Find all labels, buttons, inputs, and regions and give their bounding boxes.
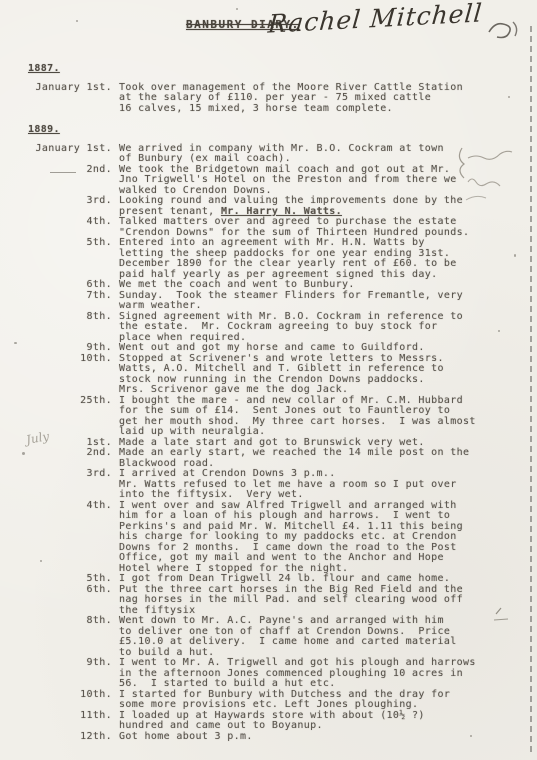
entry-date: 6th. — [28, 585, 112, 596]
entry-line: laid up with neuralgia. — [119, 427, 506, 438]
entry-line: him for a loan of his plough and harrows… — [119, 511, 506, 522]
entry-line: the estate. Mr. Cockram agreeing to buy … — [119, 322, 506, 333]
entry-line: at the salary of £110. per year - 75 mix… — [119, 93, 506, 104]
entry-text: Made an early start, we reached the 14 m… — [119, 448, 506, 469]
entry-date: 2nd. — [28, 448, 112, 459]
entry-line-text: present tenant, — [119, 206, 221, 217]
diary-entry: January 1st.Took over management of the … — [28, 83, 506, 115]
diary-entry: 9th.I went to Mr. A. Trigwell and got hi… — [28, 658, 506, 690]
entry-line: Jno Trigwell's Hotel on the Preston and … — [119, 175, 506, 186]
entry-text: I loaded up at Haywards store with about… — [119, 711, 506, 732]
entry-text: We arrived in company with Mr. B.O. Cock… — [119, 144, 506, 165]
entry-text: I bought the mare - and new collar of Mr… — [119, 396, 506, 438]
entry-line: nag horses in the mill Pad. and self cle… — [119, 595, 506, 606]
entry-line: warm weather. — [119, 301, 506, 312]
entry-text: Went down to Mr. A.C. Payne's and arrang… — [119, 616, 506, 658]
entry-line: 56. I started to build a hut etc. — [119, 679, 506, 690]
entry-line: 16 calves, 15 mixed, 3 horse team comple… — [119, 104, 506, 115]
diary-entry: 11th.I loaded up at Haywards store with … — [28, 711, 506, 732]
entry-text: I started for Bunbury with Dutchess and … — [119, 690, 506, 711]
year-heading: 1889. — [28, 125, 506, 136]
entry-text: Talked matters over and agreed to purcha… — [119, 217, 506, 238]
entry-line: Got home about 3 p.m. — [119, 732, 506, 743]
diary-section: 1887.January 1st.Took over management of… — [28, 64, 506, 114]
diary-entry: 5th.Entered into an agreement with Mr. H… — [28, 238, 506, 280]
entry-line: Talked matters over and agreed to purcha… — [119, 217, 506, 228]
diary-entry: 6th.We met the coach and went to Bunbury… — [28, 280, 506, 291]
ink-scribble-icon — [483, 16, 525, 42]
entry-line: I went to Mr. A. Trigwell and got his pl… — [119, 658, 506, 669]
entry-date: 8th. — [28, 616, 112, 627]
entry-date: 10th. — [28, 354, 112, 365]
scan-speck — [22, 452, 25, 455]
entry-text: I went to Mr. A. Trigwell and got his pl… — [119, 658, 506, 690]
diary-entry: 2nd.Made an early start, we reached the … — [28, 448, 506, 469]
entry-line: some more provisions etc. Left Jones plo… — [119, 700, 506, 711]
diary-entry: 25th.I bought the mare - and new collar … — [28, 396, 506, 438]
scan-speck — [14, 342, 17, 344]
diary-entry: 7th.Sunday. Took the steamer Flinders fo… — [28, 291, 506, 312]
entry-line: Watts, A.O. Mitchell and T. Giblett in r… — [119, 364, 506, 375]
entry-text: I went over and saw Alfred Trigwell and … — [119, 501, 506, 575]
entry-line: into the fiftysix. Very wet. — [119, 490, 506, 501]
scan-speck — [514, 254, 516, 257]
entry-line: Entered into an agreement with Mr. H.N. … — [119, 238, 506, 249]
entry-text: We took the Bridgetown mail coach and go… — [119, 165, 506, 197]
entry-line: Mrs. Scrivenor gave me the dog Jack. — [119, 385, 506, 396]
entry-text: Took over management of the Moore River … — [119, 83, 506, 115]
entry-text: Signed agreement with Mr. B.O. Cockram i… — [119, 312, 506, 344]
scanned-diary-page: BANBURY DIARY. Rachel Mitchell July 1887… — [0, 0, 537, 760]
year-heading: 1887. — [28, 64, 506, 75]
entry-line: Went out and got my horse and came to Gu… — [119, 343, 506, 354]
entry-date: 4th. — [28, 501, 112, 512]
entry-text: Entered into an agreement with Mr. H.N. … — [119, 238, 506, 280]
diary-body: 1887.January 1st.Took over management of… — [28, 64, 506, 742]
entry-text: We met the coach and went to Bunbury. — [119, 280, 506, 291]
entry-line: his charge for looking to my paddocks et… — [119, 532, 506, 543]
entry-line: Made an early start, we reached the 14 m… — [119, 448, 506, 459]
diary-entry: 8th.Went down to Mr. A.C. Payne's and ar… — [28, 616, 506, 658]
diary-entry: 3rd.I arrived at Crendon Downs 3 p.m..Mr… — [28, 469, 506, 501]
page-edge-line — [530, 26, 532, 752]
diary-entry: 4th.Talked matters over and agreed to pu… — [28, 217, 506, 238]
scan-speck — [76, 20, 78, 22]
entry-line: hundred and came out to Boyanup. — [119, 721, 506, 732]
entry-date: 3rd. — [28, 469, 112, 480]
entry-date: 4th. — [28, 217, 112, 228]
entry-line: Office, got my mail and went to the Anch… — [119, 553, 506, 564]
entry-date: 25th. — [28, 396, 112, 407]
entry-text: Got home about 3 p.m. — [119, 732, 506, 743]
entry-date: January 1st. — [28, 83, 112, 94]
entry-date: 11th. — [28, 711, 112, 722]
diary-entry: 3rd.Looking round and valuing the improv… — [28, 196, 506, 217]
underlined-name: Mr. Harry N. Watts. — [221, 206, 342, 217]
entry-date: 5th. — [28, 574, 112, 585]
entry-line: £5.10.0 at delivery. I came home and car… — [119, 637, 506, 648]
diary-section: 1st.Made a late start and got to Brunswi… — [28, 438, 506, 743]
diary-entry: 12th.Got home about 3 p.m. — [28, 732, 506, 743]
diary-entry: 2nd.We took the Bridgetown mail coach an… — [28, 165, 506, 197]
scan-speck — [508, 96, 510, 98]
handwritten-name: Rachel Mitchell — [267, 0, 484, 39]
diary-entry: 4th.I went over and saw Alfred Trigwell … — [28, 501, 506, 575]
entry-text: Put the three cart horses in the Big Red… — [119, 585, 506, 617]
entry-text: I arrived at Crendon Downs 3 p.m..Mr. Wa… — [119, 469, 506, 501]
entry-text: Looking round and valuing the improvemen… — [119, 196, 506, 217]
entry-line: Went down to Mr. A.C. Payne's and arrang… — [119, 616, 506, 627]
diary-entry: 10th.I started for Bunbury with Dutchess… — [28, 690, 506, 711]
entry-line: I got from Dean Trigwell 24 lb. flour an… — [119, 574, 506, 585]
diary-entry: January 1st.We arrived in company with M… — [28, 144, 506, 165]
diary-entry: 8th.Signed agreement with Mr. B.O. Cockr… — [28, 312, 506, 344]
entry-line: December 1890 for the clear yearly rent … — [119, 259, 506, 270]
entry-date: 9th. — [28, 343, 112, 354]
scan-speck — [236, 8, 238, 10]
entry-text: I got from Dean Trigwell 24 lb. flour an… — [119, 574, 506, 585]
entry-date: 7th. — [28, 291, 112, 302]
entry-date: 8th. — [28, 312, 112, 323]
diary-entry: 9th.Went out and got my horse and came t… — [28, 343, 506, 354]
entry-text: Stopped at Scrivener's and wrote letters… — [119, 354, 506, 396]
entry-date: 6th. — [28, 280, 112, 291]
entry-line: We met the coach and went to Bunbury. — [119, 280, 506, 291]
entry-date: 9th. — [28, 658, 112, 669]
entry-date: 10th. — [28, 690, 112, 701]
diary-entry: 5th.I got from Dean Trigwell 24 lb. flou… — [28, 574, 506, 585]
entry-date: 5th. — [28, 238, 112, 249]
entry-line: for the sum of £14. Sent Jones out to Fa… — [119, 406, 506, 417]
diary-section: 1889.January 1st.We arrived in company w… — [28, 125, 506, 438]
entry-date: 2nd. — [28, 165, 112, 176]
entry-line: I arrived at Crendon Downs 3 p.m.. — [119, 469, 506, 480]
entry-date: 3rd. — [28, 196, 112, 207]
entry-text: Went out and got my horse and came to Gu… — [119, 343, 506, 354]
entry-date: 12th. — [28, 732, 112, 743]
entry-line: of Bunbury (ex mail coach). — [119, 154, 506, 165]
entry-text: Sunday. Took the steamer Flinders for Fr… — [119, 291, 506, 312]
diary-entry: 6th.Put the three cart horses in the Big… — [28, 585, 506, 617]
entry-date: January 1st. — [28, 144, 112, 155]
diary-entry: 10th.Stopped at Scrivener's and wrote le… — [28, 354, 506, 396]
